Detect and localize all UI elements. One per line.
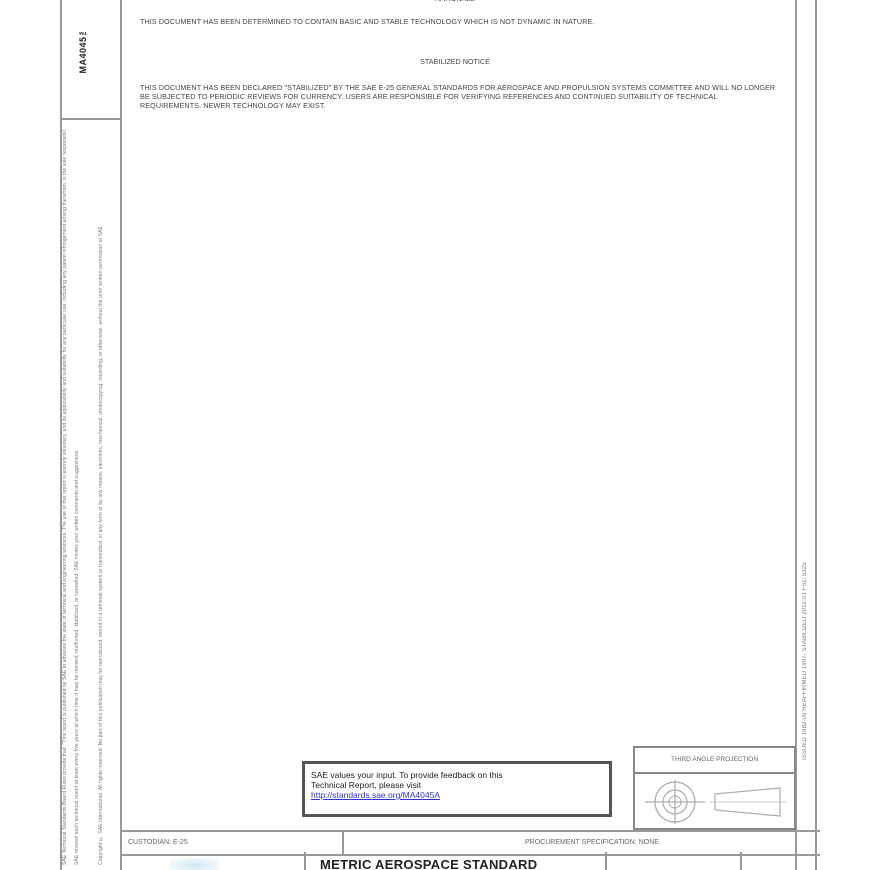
stabilized-notice-paragraph: THIS DOCUMENT HAS BEEN DECLARED "STABILI… bbox=[140, 83, 780, 111]
title-divider-2 bbox=[605, 852, 607, 870]
sae-logo-icon bbox=[170, 858, 220, 870]
feedback-line-1: SAE values your input. To provide feedba… bbox=[311, 770, 603, 780]
stabilized-notice-heading: STABILIZED NOTICE bbox=[140, 57, 770, 66]
title-divider-1 bbox=[304, 852, 306, 870]
custodian-label: CUSTODIAN: E-25 bbox=[128, 839, 188, 846]
feedback-link[interactable]: http://standards.sae.org/MA4045A bbox=[311, 790, 603, 800]
feedback-box: SAE values your input. To provide feedba… bbox=[302, 761, 612, 817]
third-angle-projection-symbol-icon bbox=[635, 774, 794, 830]
document-id: MA4045™ bbox=[78, 26, 88, 74]
projection-title: THIRD ANGLE PROJECTION bbox=[635, 748, 794, 774]
document-id-box bbox=[60, 0, 122, 120]
footer-title-row: METRIC AEROSPACE STANDARD bbox=[120, 852, 820, 870]
content-left-border bbox=[120, 0, 122, 870]
document-id-text: MA4045 bbox=[78, 37, 88, 74]
rationale-paragraph: THIS DOCUMENT HAS BEEN DETERMINED TO CON… bbox=[140, 17, 740, 26]
document-type-title: METRIC AEROSPACE STANDARD bbox=[320, 857, 537, 870]
content-right-border bbox=[795, 0, 797, 870]
feedback-line-2: Technical Report, please visit bbox=[311, 780, 603, 790]
left-margin-legal-text-3: Copyright © SAE International. All right… bbox=[98, 130, 105, 865]
rationale-heading: RATIONALE bbox=[140, 0, 770, 3]
right-margin-issue-text: ISSUED 1982-09 REAFFIRMED 1997- STABILIZ… bbox=[802, 420, 810, 760]
outer-right-border bbox=[815, 0, 817, 870]
projection-box: THIRD ANGLE PROJECTION bbox=[633, 746, 796, 830]
left-margin-legal-text-1: SAE Technical Standards Board Rules prov… bbox=[62, 130, 69, 865]
trademark-symbol: ™ bbox=[78, 26, 88, 37]
title-divider-3 bbox=[740, 852, 742, 870]
left-margin-legal-text-2: SAE reviews each technical report at lea… bbox=[74, 240, 81, 865]
footer-divider bbox=[342, 832, 344, 854]
procurement-spec-label: PROCUREMENT SPECIFICATION: NONE bbox=[525, 839, 659, 846]
